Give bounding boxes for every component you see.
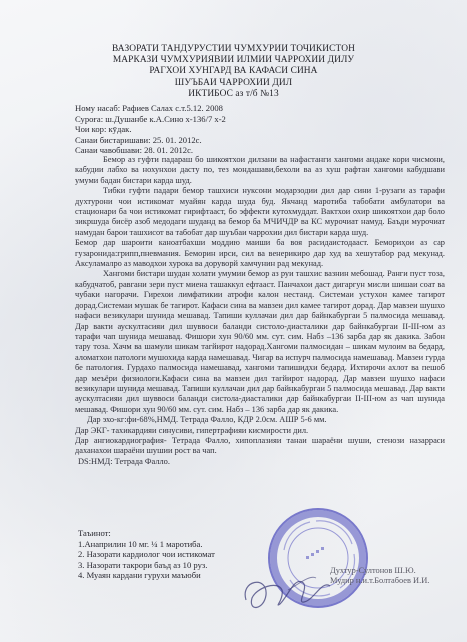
recommendations-title: Таъинот:	[78, 528, 215, 539]
echo-result: Дар эхо-кг:фи-68%,НМД. Тетрада Фалло, КД…	[75, 415, 445, 425]
document-header: ВАЗОРАТИ ТАНДУРУСТИИ ЧУМХУРИИ ТОЧИКИСТОН…	[0, 44, 467, 100]
life-history-paragraph: Бемор дар шароити каноатбахши моддию маи…	[75, 238, 445, 269]
center-title: МАРКАЗИ ЧУМХУРИЯВИИ ИЛМИИ ЧАРРОХИИ ДИЛУ	[0, 55, 467, 66]
patient-name: Ному насаб: Рафиев Салах с.т.5.12. 2008	[75, 103, 226, 114]
patient-address: Суроға: ш.Душанбе к.А.Сино х-136/7 х-2	[75, 114, 226, 125]
scanned-page: ВАЗОРАТИ ТАНДУРУСТИИ ЧУМХУРИИ ТОЧИКИСТОН…	[0, 0, 467, 642]
patient-info: Ному насаб: Рафиев Салах с.т.5.12. 2008 …	[75, 103, 226, 156]
signatories: Духтур-Султонов Ш.Ю. Мудир н.и.т.Болтабо…	[330, 566, 429, 587]
department-title: ШУЪБАИ ЧАРРОХИИ ДИЛ	[0, 78, 467, 89]
ministry-title: ВАЗОРАТИ ТАНДУРУСТИИ ЧУМХУРИИ ТОЧИКИСТОН	[0, 44, 467, 55]
history-paragraph: Тибки гуфти падари бемор ташхиси нуксони…	[75, 186, 445, 238]
ecg-result: Дар ЭКГ- тахикардияи синусиви, гипертраф…	[75, 426, 445, 436]
patient-workplace: Чои кор: кӯдак.	[75, 124, 226, 135]
center-subtitle: РАГХОИ ХУНГАРД ВА КАФАСИ СИНА	[0, 66, 467, 77]
recommendations: Таъинот: 1.Анаприлин 10 мг. ¼ 1 маротиба…	[78, 528, 215, 581]
recommendation-item: 2. Назорати кардиолог чои истикомат	[78, 549, 215, 560]
recommendation-item: 4. Муаян кардани гурухи маъюби	[78, 570, 215, 581]
clinical-text: Бемор аз гуфти падараш бо шикоятхои дилз…	[75, 155, 445, 467]
recommendation-item: 3. Назорати такрори баъд аз 10 руз.	[78, 560, 215, 571]
examination-paragraph: Хангоми бистари шудан холати умумии бемо…	[75, 269, 445, 415]
admission-date: Санаи бистаришави: 25. 01. 2012с.	[75, 135, 226, 146]
angiography-result: Дар ангиокардиография- Тетрада Фалло, хи…	[75, 436, 445, 457]
head-of-department: Мудир н.и.т.Болтабоев И.И.	[330, 576, 429, 586]
recommendation-item: 1.Анаприлин 10 мг. ¼ 1 маротиба.	[78, 539, 215, 550]
doctor-name: Духтур-Султонов Ш.Ю.	[330, 566, 429, 576]
diagnosis: DS:НМД: Тетрада Фалло.	[78, 457, 445, 467]
complaints-paragraph: Бемор аз гуфти падараш бо шикоятхои дилз…	[75, 155, 445, 186]
document-title: ИКТИБОС аз т/б №13	[0, 89, 467, 100]
